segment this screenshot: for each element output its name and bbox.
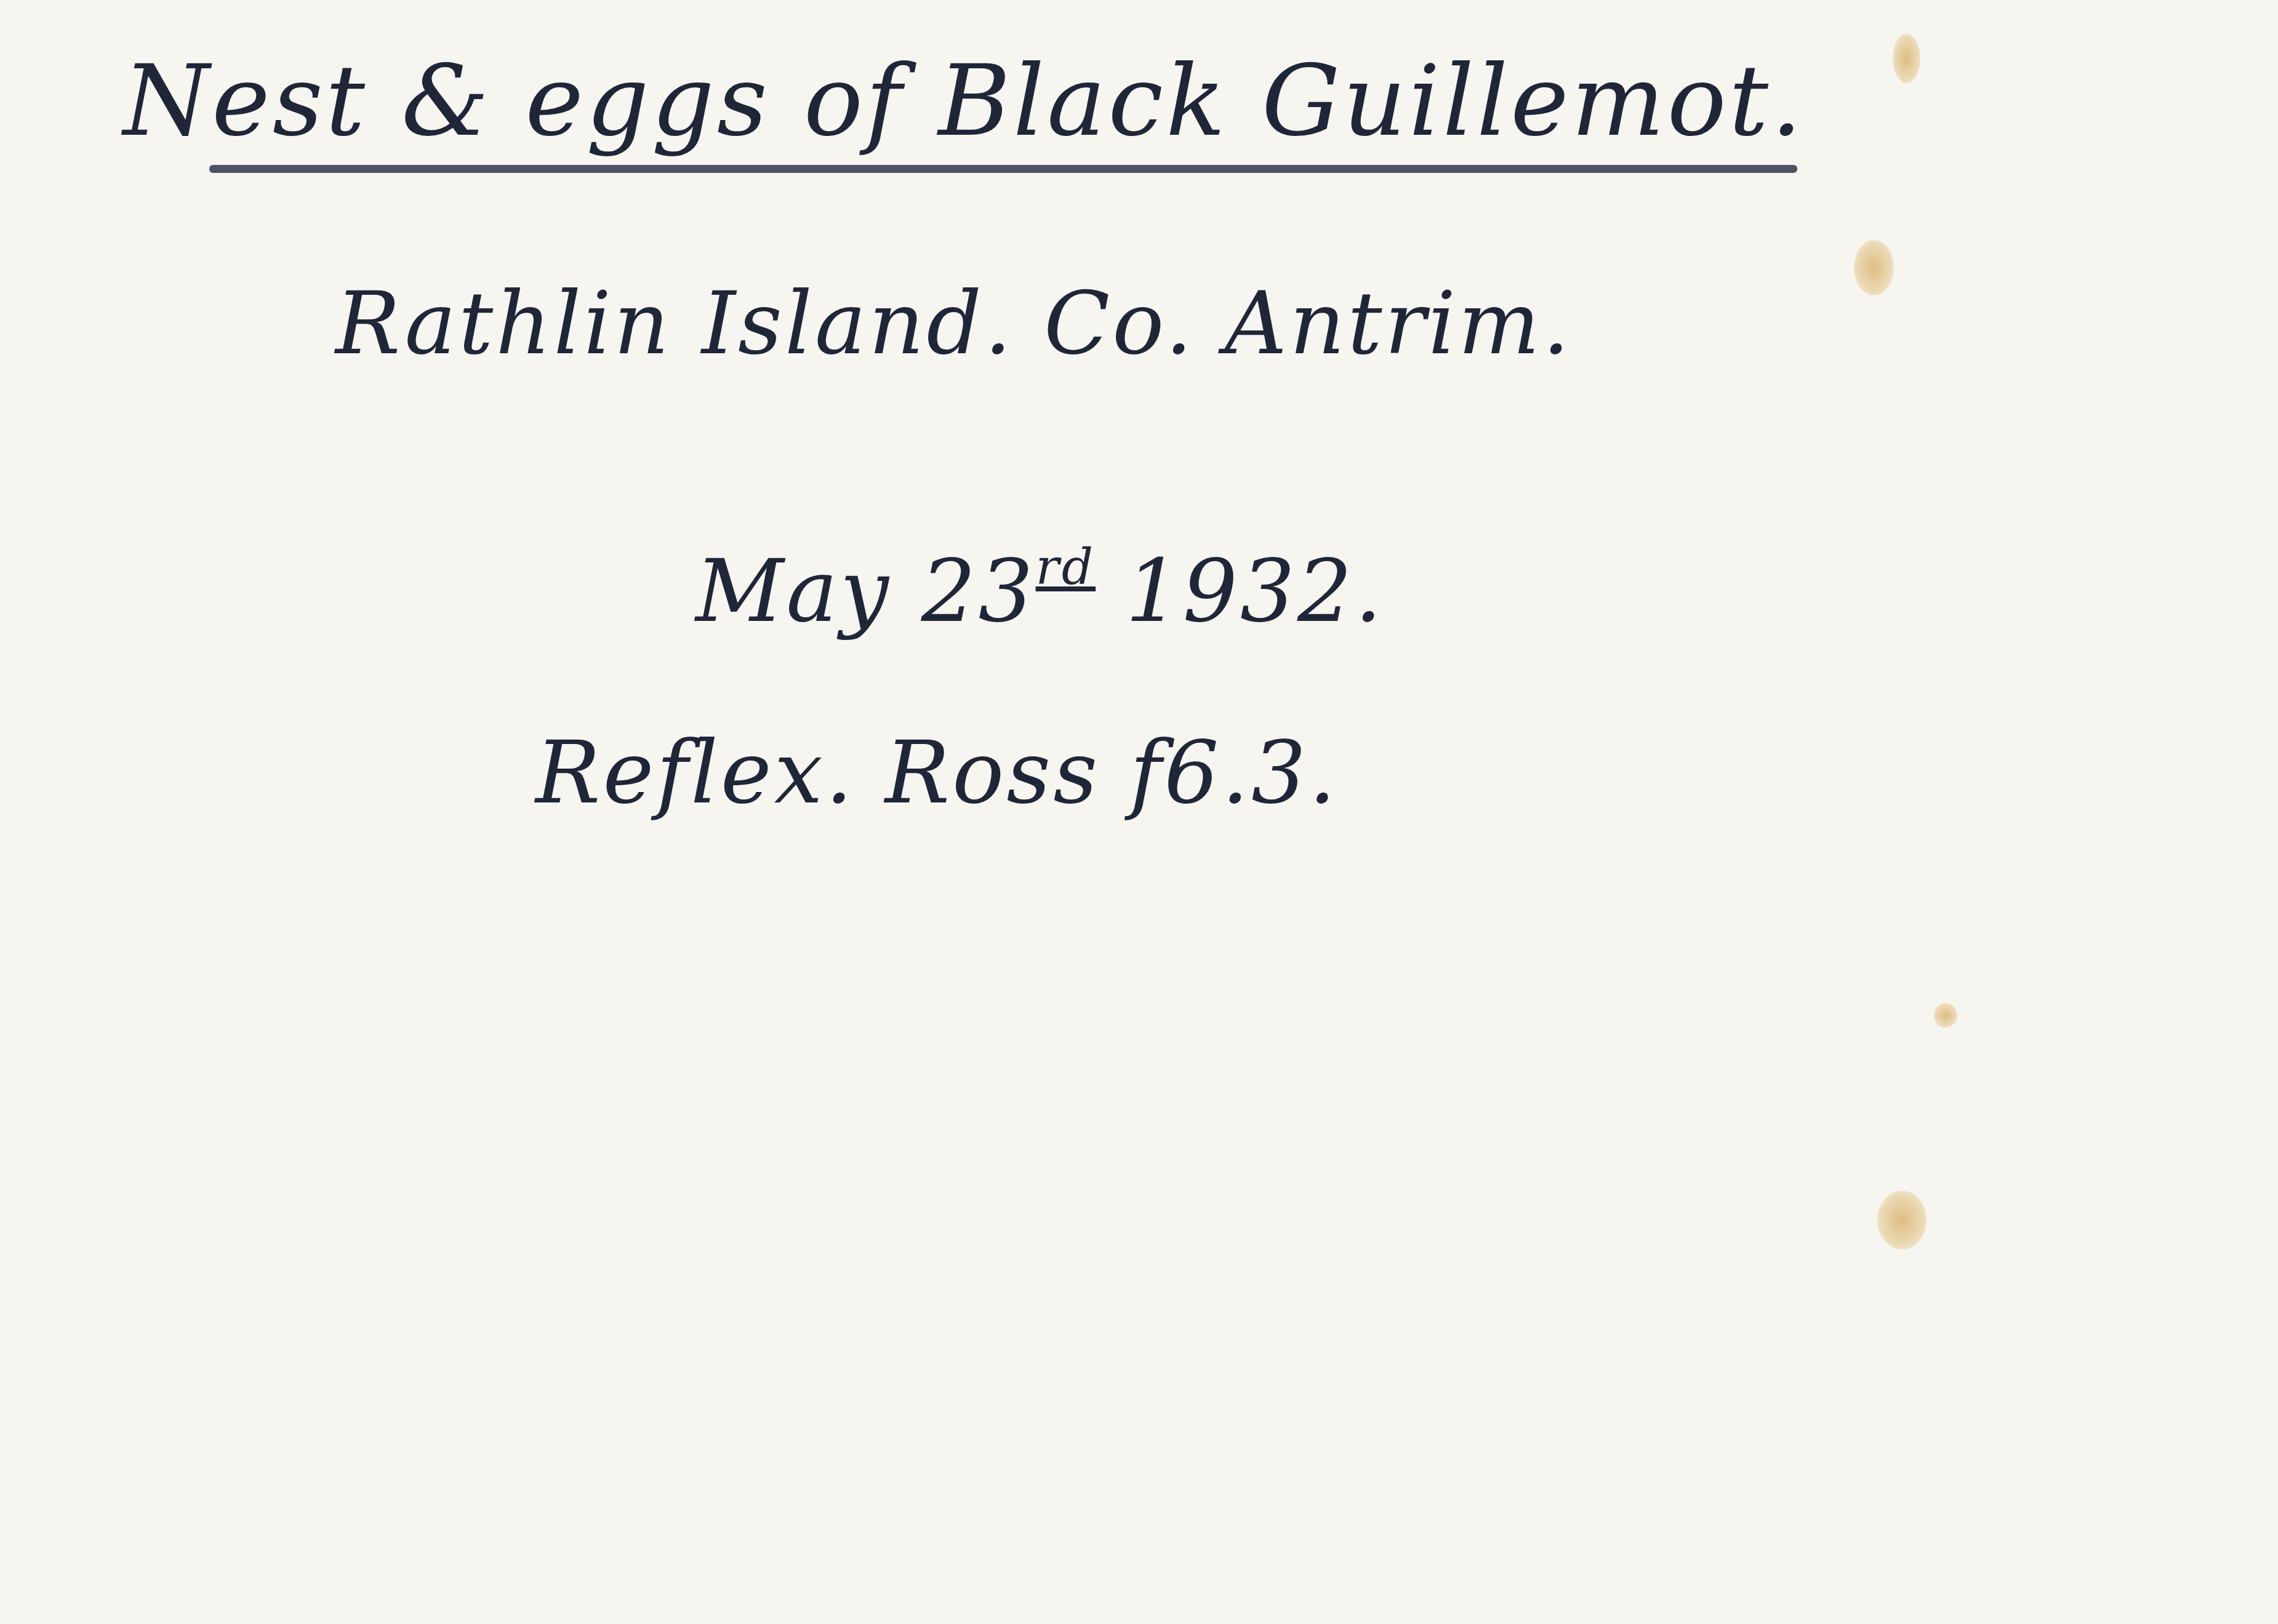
stain-spot bbox=[1854, 240, 1894, 295]
date-year: 1932. bbox=[1126, 542, 1385, 642]
date-line: May 23rd 1932. bbox=[696, 538, 1384, 642]
location-line: Rathlin Island. Co. Antrim. bbox=[335, 274, 1572, 374]
stain-spot bbox=[1877, 1191, 1927, 1249]
stain-spot bbox=[1893, 34, 1920, 83]
stain-spot bbox=[1934, 1003, 1957, 1028]
camera-line: Reflex. Ross f6.3. bbox=[535, 723, 1339, 823]
handwritten-card: Nest & eggs of Black Guillemot. Rathlin … bbox=[0, 0, 2278, 1624]
date-ordinal: rd bbox=[1036, 538, 1096, 596]
title-underline bbox=[209, 165, 1797, 173]
card-title: Nest & eggs of Black Guillemot. bbox=[123, 43, 1805, 158]
date-month-day: May 23 bbox=[696, 542, 1036, 642]
